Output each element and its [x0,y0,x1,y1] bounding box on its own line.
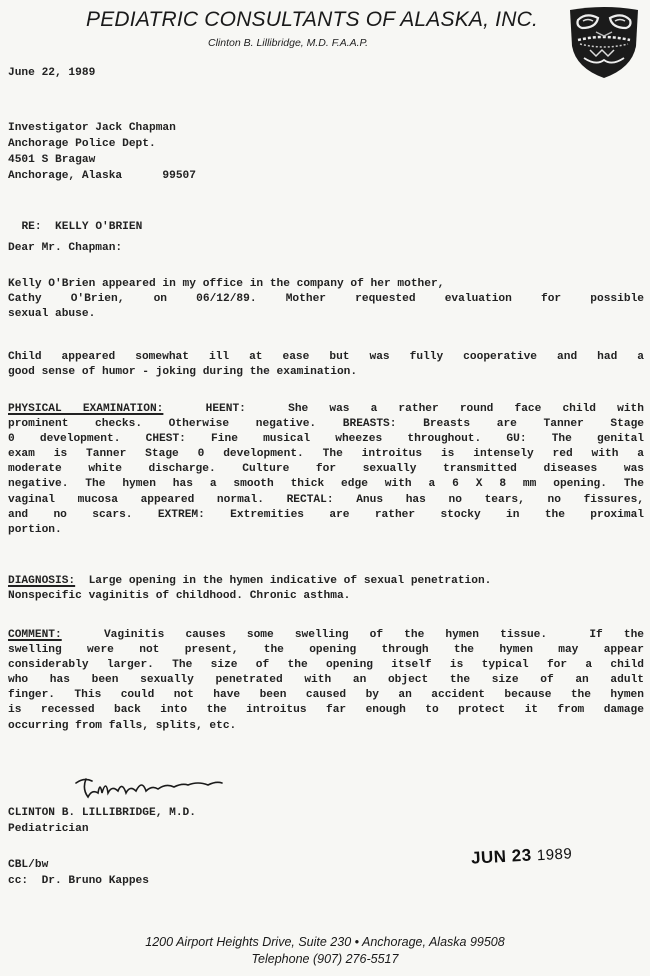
section-heading: DIAGNOSIS: [8,575,75,587]
section-heading: COMMENT: [8,629,62,641]
received-date-stamp: JUN 23 1989 [471,843,573,868]
paragraph-line: is recessed back into the introitus far … [8,703,644,718]
heading-line-rest: HEENT: She was a rather round face child… [163,403,644,415]
heading-line-rest: Large opening in the hymen indicative of… [75,575,491,587]
paragraph-line: Cathy O'Brien, on 06/12/89. Mother reque… [8,292,644,307]
paragraph-line: Child appeared somewhat ill at ease but … [8,350,644,365]
paragraph-line: Nonspecific vaginitis of childhood. Chro… [8,589,644,604]
re-line: RE: KELLY O'BRIEN [8,205,142,235]
tlingit-mask-logo-icon [566,6,642,80]
physician-credentials: Clinton B. Lillibridge, M.D. F.A.A.P. [208,37,368,49]
letter-date: June 22, 1989 [8,66,95,81]
section-heading: PHYSICAL EXAMINATION: [8,403,163,415]
paragraph-line: moderate white discharge. Culture for se… [8,462,644,477]
recipient-line: Investigator Jack Chapman [8,121,176,136]
paragraph-line: prominent checks. Otherwise negative. BR… [8,417,644,432]
paragraph-line: sexual abuse. [8,307,644,322]
footer-telephone: Telephone (907) 276-5517 [0,952,650,966]
paragraph-line: and no scars. EXTREM: Extremities are ra… [8,508,644,523]
signatory-name: CLINTON B. LILLIBRIDGE, M.D. [8,806,196,821]
re-label: RE: [21,221,41,233]
re-subject: KELLY O'BRIEN [55,221,142,233]
paragraph-line: finger. This could not have been caused … [8,688,644,703]
paragraph-demeanor: Child appeared somewhat ill at ease but … [8,350,644,380]
recipient-line: Anchorage Police Dept. [8,137,156,152]
paragraph-line: considerably larger. The size of the ope… [8,658,644,673]
section-comment: COMMENT: Vaginitis causes some swelling … [8,628,644,734]
paragraph-line: portion. [8,523,644,538]
heading-line-rest: Vaginitis causes some swelling of the hy… [62,629,644,641]
recipient-line: 4501 S Bragaw [8,153,95,168]
stamp-month-day: JUN 23 [471,845,533,867]
footer-address: 1200 Airport Heights Drive, Suite 230 • … [0,935,650,949]
carbon-copy: cc: Dr. Bruno Kappes [8,874,149,889]
paragraph-line: vaginal mucosa appeared normal. RECTAL: … [8,493,644,508]
stamp-year: 1989 [536,845,572,864]
paragraph-line: who has been sexually penetrated with an… [8,673,644,688]
handwritten-signature [70,773,230,801]
salutation: Dear Mr. Chapman: [8,241,122,256]
paragraph-line: good sense of humor - joking during the … [8,365,644,380]
recipient-line: Anchorage, Alaska 99507 [8,169,196,184]
typist-initials: CBL/bw [8,858,48,873]
paragraph-intro: Kelly O'Brien appeared in my office in t… [8,277,644,322]
paragraph-line: 0 development. CHEST: Fine musical wheez… [8,432,644,447]
paragraph-line: Kelly O'Brien appeared in my office in t… [8,277,644,292]
section-diagnosis: DIAGNOSIS: Large opening in the hymen in… [8,574,644,604]
paragraph-line: PHYSICAL EXAMINATION: HEENT: She was a r… [8,402,644,417]
organization-name: PEDIATRIC CONSULTANTS OF ALASKA, INC. [86,8,566,32]
section-physical-examination: PHYSICAL EXAMINATION: HEENT: She was a r… [8,402,644,538]
paragraph-line: negative. The hymen has a smooth thick e… [8,477,644,492]
paragraph-line: DIAGNOSIS: Large opening in the hymen in… [8,574,644,589]
signatory-title: Pediatrician [8,822,89,837]
paragraph-line: COMMENT: Vaginitis causes some swelling … [8,628,644,643]
paragraph-line: exam is Tanner Stage 0 development. The … [8,447,644,462]
paragraph-line: occurring from falls, splits, etc. [8,719,644,734]
paragraph-line: swelling were not present, the opening t… [8,643,644,658]
